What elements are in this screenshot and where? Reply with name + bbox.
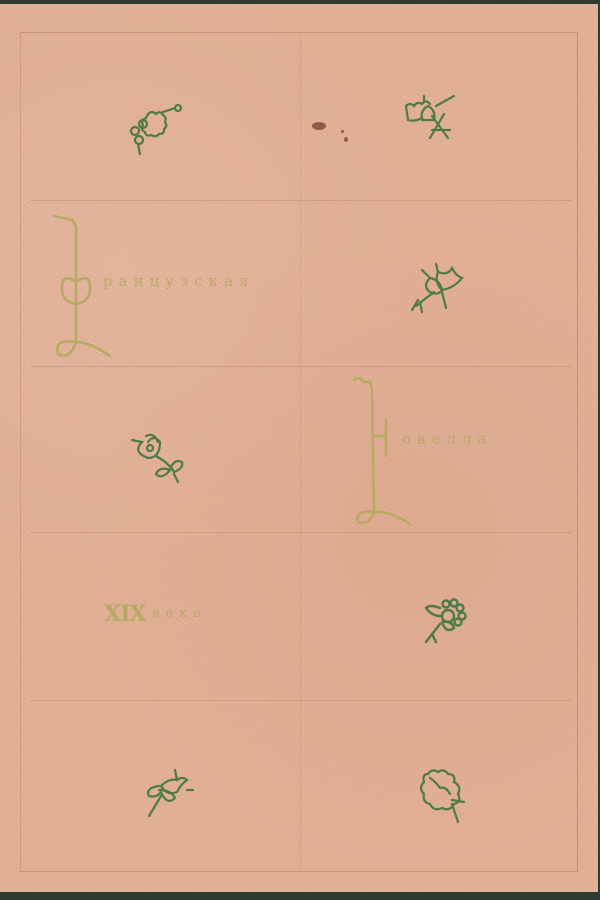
stain-mark	[341, 130, 344, 133]
carnation-icon	[418, 768, 470, 824]
title-line-2: овелла	[402, 430, 492, 448]
panel-divider	[30, 532, 572, 533]
daisy-icon	[420, 598, 470, 648]
book-cover: ранцузская овелла XIX века	[0, 4, 598, 892]
panel-divider	[30, 200, 572, 201]
title-initial-en	[352, 376, 422, 530]
rose-bud-icon	[145, 768, 195, 820]
panel-divider	[300, 34, 301, 868]
cover-frame	[20, 32, 578, 872]
background-edge	[0, 892, 600, 900]
panel-divider	[30, 700, 572, 701]
thistle-icon	[402, 94, 458, 144]
grape-cluster-icon	[128, 104, 188, 156]
bud-flower-icon	[130, 432, 190, 488]
title-line-3: века	[152, 606, 207, 621]
stain-mark	[344, 137, 348, 142]
title-initial-ef	[52, 214, 116, 368]
title-line-1: ранцузская	[103, 272, 254, 290]
title-numeral: XIX	[104, 601, 145, 627]
stain-mark	[312, 122, 326, 130]
tulip-icon	[408, 262, 464, 314]
